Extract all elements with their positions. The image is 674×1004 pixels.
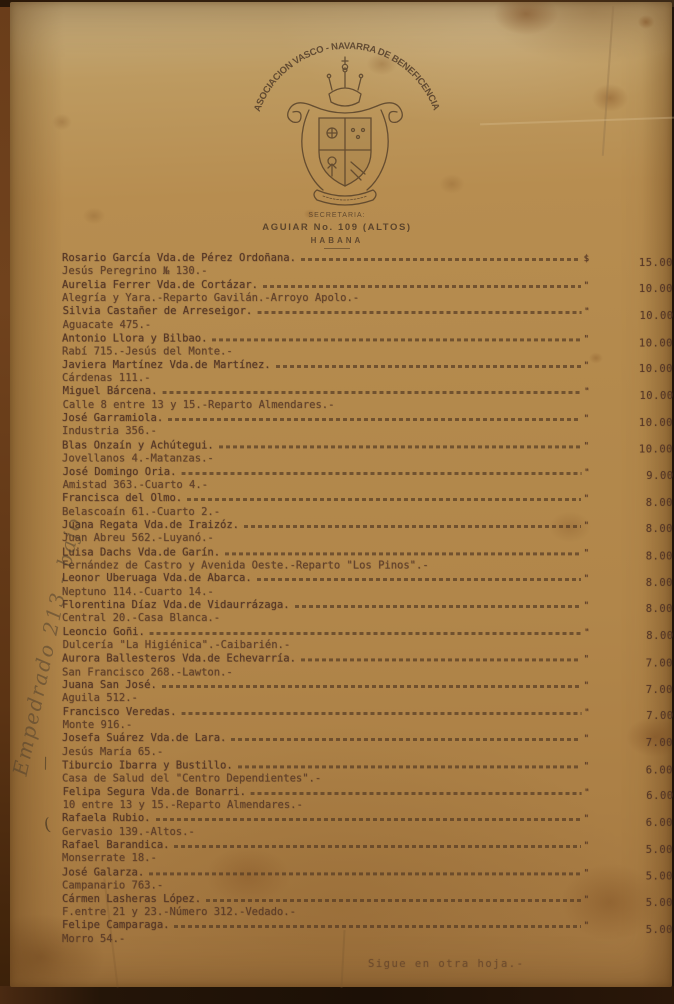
letterhead-address-block: SECRETARIA: AGUIAR No. 109 (ALTOS) HABAN…: [237, 212, 437, 249]
paper-crease: [480, 117, 674, 126]
dash-leader: [162, 391, 581, 394]
donor-name: Felipa Segura Vda.de Bonarri.: [63, 786, 246, 799]
donor-name: Felipe Camparaga.: [62, 919, 169, 932]
donor-address: Alegría y Yara.-Reparto Gavilán.-Arroyo …: [62, 292, 359, 304]
ledger-entry: Juana Regata Vda.de Iraizóz. " Juan Abre…: [62, 519, 673, 546]
ledger-entry: Josefa Suárez Vda.de Lara. " Jesús María…: [62, 732, 673, 759]
currency-mark: ": [584, 280, 589, 293]
donor-name: Luisa Dachs Vda.de Garín.: [62, 546, 220, 559]
donor-address: Casa de Salud del "Centro Dependientes".…: [62, 773, 321, 785]
currency-mark: ": [584, 760, 589, 773]
dash-leader: [225, 552, 581, 555]
dash-leader: [162, 685, 581, 688]
seal-crest-icon: ASOCIACION VASCO - NAVARRA DE BENEFICENC…: [225, 40, 450, 212]
currency-mark: ": [584, 386, 589, 399]
amount-value: 5.00: [622, 897, 673, 909]
currency-mark: ": [584, 627, 589, 640]
ledger-entry: Francisca del Olmo. " Belascoaín 61.-Cua…: [62, 492, 673, 519]
dash-leader: [219, 445, 581, 448]
amount-value: 5.00: [622, 844, 673, 856]
donor-address: Industria 356.-: [62, 425, 157, 437]
dash-leader: [206, 899, 581, 902]
donor-address: Monserrate 18.-: [62, 852, 157, 864]
currency-mark: ": [584, 733, 589, 746]
donor-name: Josefa Suárez Vda.de Lara.: [62, 732, 226, 745]
dash-leader: [301, 258, 581, 261]
donor-name: José Galarza.: [62, 866, 144, 879]
handwritten-slash-mark: \: [40, 754, 50, 773]
dash-leader: [257, 578, 581, 581]
donor-address: Central 20.-Casa Blanca.-: [62, 612, 220, 624]
donor-name: Rosario García Vda.de Pérez Ordoñana.: [62, 252, 296, 265]
donor-address: San Francisco 268.-Lawton.-: [62, 666, 233, 678]
amount-value: 6.00: [623, 790, 674, 802]
amount-value: 8.00: [622, 603, 673, 615]
donor-name: Florentina Díaz Vda.de Vidaurrázaga.: [62, 599, 290, 612]
secretaria-address: AGUIAR No. 109 (ALTOS): [237, 222, 437, 233]
ledger-entry: José Domingo Oria. " Amistad 363.-Cuarto…: [63, 466, 674, 493]
dash-leader: [276, 365, 581, 368]
amount-value: 10.00: [622, 363, 673, 375]
currency-mark: ": [584, 920, 589, 933]
association-seal: ASOCIACION VASCO - NAVARRA DE BENEFICENC…: [225, 40, 450, 212]
amount-value: 5.00: [622, 871, 673, 883]
donor-address: 10 entre 13 y 15.-Reparto Almendares.-: [63, 799, 303, 811]
donor-name: José Domingo Oria.: [63, 466, 177, 479]
donor-name: José Garramiola.: [62, 412, 163, 425]
ledger-entry: Rafaela Rubio. " Gervasio 139.-Altos.- 6…: [62, 812, 673, 839]
donor-name: Juana San José.: [62, 679, 157, 692]
donor-address: Juan Abreu 562.-Luyanó.-: [62, 532, 214, 544]
handwritten-bracket-mark: (: [43, 815, 52, 836]
photo-backing-bottom-edge: [0, 986, 674, 1004]
currency-mark: ": [584, 654, 589, 667]
ledger-entry: Florentina Díaz Vda.de Vidaurrázaga. " C…: [62, 599, 673, 626]
currency-mark: ": [584, 600, 589, 613]
currency-mark: ": [584, 333, 589, 346]
dash-leader: [295, 605, 581, 608]
currency-mark: ": [584, 493, 589, 506]
ledger-entry: Cármen Lasheras López. " F.entre 21 y 23…: [62, 893, 673, 920]
dash-leader: [301, 659, 581, 662]
donor-address: Gervasio 139.-Altos.-: [62, 826, 195, 838]
donor-address: Fernández de Castro y Avenida Oeste.-Rep…: [62, 559, 429, 571]
ledger-entry: José Galarza. " Campanario 763.- 5.00: [62, 866, 673, 893]
ledger-entry: Javiera Martínez Vda.de Martínez. " Cárd…: [62, 359, 673, 386]
ledger-entry: Leoncio Goñi. " Dulcería "La Higiénica".…: [63, 626, 674, 653]
donor-name: Cármen Lasheras López.: [62, 893, 201, 906]
amount-value: 10.00: [622, 337, 673, 349]
ledger-entry: Silvia Castañer de Arreseigor. " Aguacat…: [63, 305, 674, 332]
ledger-entry: Leonor Uberuaga Vda.de Abarca. " Neptuno…: [62, 572, 673, 599]
currency-mark: ": [584, 573, 589, 586]
amount-value: 8.00: [622, 523, 673, 535]
currency-mark: ": [584, 360, 589, 373]
currency-mark: ": [584, 787, 589, 800]
ledger-entry: Felipe Camparaga. " Morro 54.- 5.00: [62, 919, 673, 946]
amount-value: 10.00: [622, 417, 673, 429]
currency-mark: ": [584, 894, 589, 907]
donor-address: Morro 54.-: [62, 933, 125, 945]
donor-address: Cárdenas 111.-: [62, 372, 151, 384]
amount-value: 8.00: [622, 550, 673, 562]
currency-mark: ": [584, 547, 589, 560]
currency-mark: $: [584, 253, 589, 266]
ledger-entry: Rosario García Vda.de Pérez Ordoñana. $ …: [62, 252, 673, 279]
secretaria-label: SECRETARIA:: [237, 212, 437, 219]
currency-mark: ": [584, 867, 589, 880]
amount-value: 8.00: [623, 630, 674, 642]
amount-value: 5.00: [622, 924, 673, 936]
dash-leader: [181, 472, 581, 475]
donor-name: Juana Regata Vda.de Iraizóz.: [62, 519, 239, 532]
donor-address: Rabí 715.-Jesús del Monte.-: [62, 346, 233, 358]
currency-mark: ": [584, 440, 589, 453]
ledger-entry: Miguel Bárcena. " Calle 8 entre 13 y 15.…: [63, 385, 674, 412]
amount-value: 7.00: [622, 657, 673, 669]
amount-value: 8.00: [622, 497, 673, 509]
donor-name: Francisco Veredas.: [63, 706, 177, 719]
donor-address: Jovellanos 4.-Matanzas.-: [62, 453, 214, 465]
donor-name: Aurora Ballesteros Vda.de Echevarría.: [62, 653, 296, 666]
amount-value: 10.00: [622, 444, 673, 456]
ledger-entry: Antonio Llora y Bilbao. " Rabí 715.-Jesú…: [62, 332, 673, 359]
dash-leader: [174, 845, 580, 848]
document-page: ASOCIACION VASCO - NAVARRA DE BENEFICENC…: [10, 2, 672, 987]
donor-address: Dulcería "La Higiénica".-Caibarién.-: [63, 639, 291, 651]
amount-value: 10.00: [622, 283, 673, 295]
amount-value: 7.00: [623, 710, 674, 722]
donor-address: Jesús María 65.-: [62, 746, 163, 758]
dash-leader: [181, 712, 581, 715]
dash-leader: [149, 872, 580, 875]
ledger-entry: Felipa Segura Vda.de Bonarri. " 10 entre…: [63, 786, 674, 813]
ledger-entry: Francisco Veredas. " Monte 916.- 7.00: [63, 706, 674, 733]
currency-mark: ": [584, 520, 589, 533]
donor-address: Monte 916.-: [63, 719, 133, 731]
dash-leader: [212, 338, 580, 341]
dash-leader: [174, 925, 580, 928]
dash-leader: [231, 738, 580, 741]
dash-leader: [238, 765, 581, 768]
ledger-entry: Rafael Barandica. " Monserrate 18.- 5.00: [62, 839, 673, 866]
ledger-entry: Tiburcio Ibarra y Bustillo. " Casa de Sa…: [62, 759, 673, 786]
amount-value: 6.00: [622, 764, 673, 776]
donor-address: F.entre 21 y 23.-Número 312.-Vedado.-: [62, 906, 296, 918]
amount-value: 6.00: [622, 817, 673, 829]
donor-name: Javiera Martínez Vda.de Martínez.: [62, 359, 271, 372]
donor-address: Aguacate 475.-: [63, 319, 152, 331]
amount-value: 7.00: [622, 684, 673, 696]
currency-mark: ": [584, 840, 589, 853]
ledger-entry: Aurelia Ferrer Vda.de Cortázar. " Alegrí…: [62, 279, 673, 306]
currency-mark: ": [584, 413, 589, 426]
donor-address: Calle 8 entre 13 y 15.-Reparto Almendare…: [63, 399, 335, 411]
amount-value: 15.00: [622, 257, 673, 269]
currency-mark: ": [584, 707, 589, 720]
donor-name: Blas Onzaín y Achútegui.: [62, 439, 214, 452]
secretaria-city: HABANA: [237, 236, 437, 245]
donor-name: Rafael Barandica.: [62, 839, 169, 852]
seal-arc-text: ASOCIACION VASCO - NAVARRA DE BENEFICENC…: [252, 41, 442, 113]
donor-name: Leoncio Goñi.: [63, 626, 145, 639]
donor-name: Silvia Castañer de Arreseigor.: [63, 305, 253, 318]
dash-leader: [187, 498, 580, 501]
ledger-list: Rosario García Vda.de Pérez Ordoñana. $ …: [62, 252, 673, 946]
dash-leader: [244, 525, 581, 528]
currency-mark: ": [584, 813, 589, 826]
donor-address: Campanario 763.-: [62, 880, 163, 892]
donor-name: Leonor Uberuaga Vda.de Abarca.: [62, 572, 252, 585]
donor-name: Tiburcio Ibarra y Bustillo.: [62, 759, 233, 772]
ledger-entry: Blas Onzaín y Achútegui. " Jovellanos 4.…: [62, 439, 673, 466]
amount-value: 8.00: [622, 577, 673, 589]
svg-text:ASOCIACION VASCO - NAVARRA DE: ASOCIACION VASCO - NAVARRA DE BENEFICENC…: [252, 41, 442, 113]
currency-mark: ": [584, 467, 589, 480]
dash-leader: [150, 632, 581, 635]
donor-name: Rafaela Rubio.: [62, 812, 151, 825]
ledger-entry: Aurora Ballesteros Vda.de Echevarría. " …: [62, 653, 673, 680]
ledger-entry: Luisa Dachs Vda.de Garín. " Fernández de…: [62, 546, 673, 573]
amount-value: 10.00: [623, 310, 674, 322]
letterhead-rule: [324, 248, 350, 249]
donor-address: Jesús Peregrino № 130.-: [62, 265, 207, 277]
donor-address: Neptuno 114.-Cuarto 14.-: [62, 586, 214, 598]
amount-value: 7.00: [622, 737, 673, 749]
amount-value: 10.00: [623, 390, 674, 402]
donor-name: Antonio Llora y Bilbao.: [62, 332, 207, 345]
donor-name: Miguel Bárcena.: [63, 385, 158, 398]
continuation-note: Sigue en otra hoja.-: [368, 958, 524, 970]
dash-leader: [156, 818, 581, 821]
ledger-entry: Juana San José. " Aguila 512.- 7.00: [62, 679, 673, 706]
amount-value: 9.00: [623, 470, 674, 482]
dash-leader: [168, 418, 580, 421]
donor-address: Aguila 512.-: [62, 692, 138, 704]
dash-leader: [263, 285, 581, 288]
paper-crease: [602, 6, 614, 156]
currency-mark: ": [584, 680, 589, 693]
currency-mark: ": [584, 306, 589, 319]
ledger-entry: José Garramiola. " Industria 356.- 10.00: [62, 412, 673, 439]
dash-leader: [257, 311, 581, 314]
dash-leader: [251, 792, 581, 795]
donor-name: Aurelia Ferrer Vda.de Cortázar.: [62, 279, 258, 292]
